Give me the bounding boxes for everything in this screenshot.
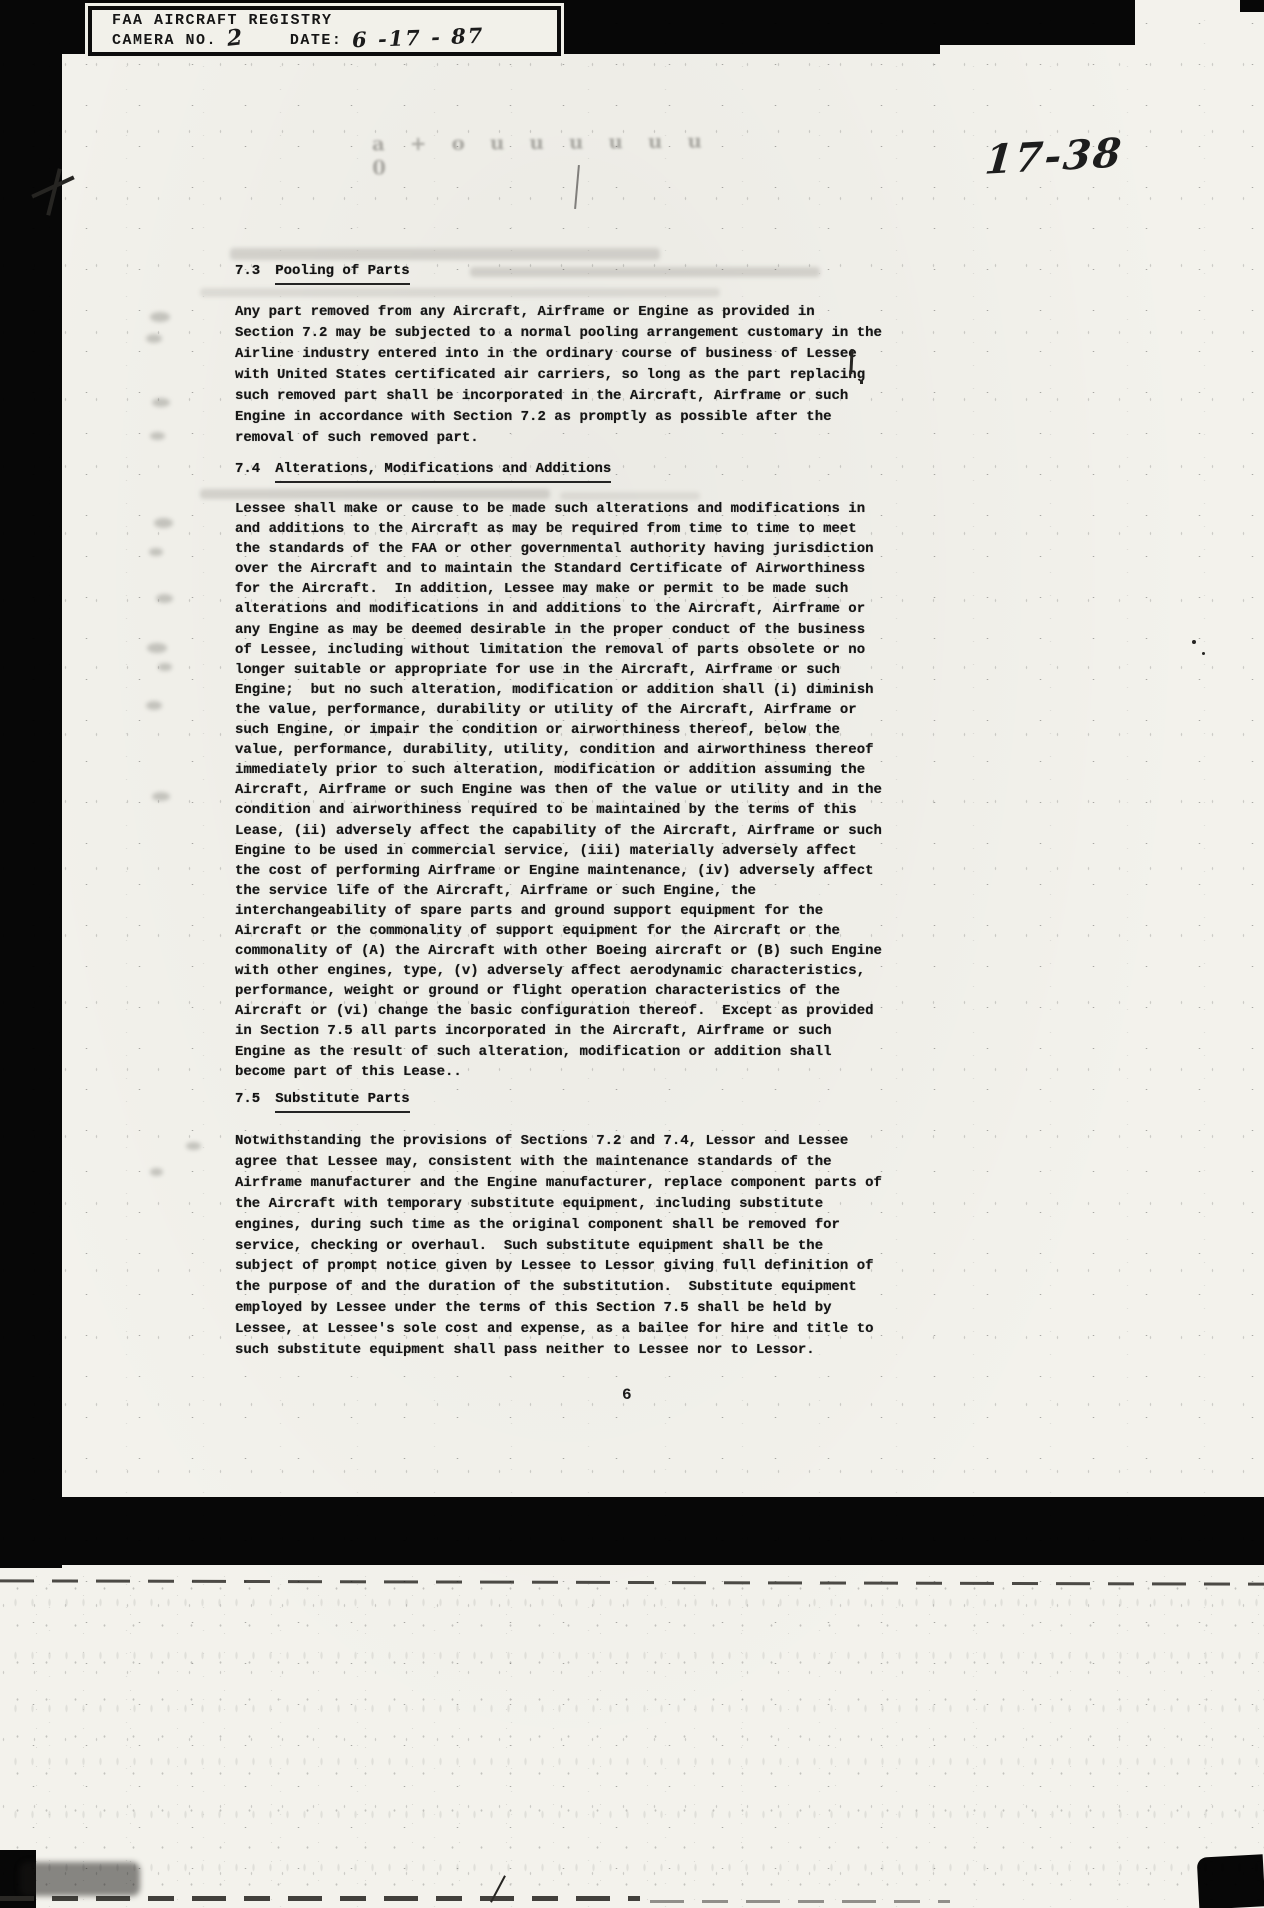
scan-speck <box>156 594 173 603</box>
scan-blob <box>20 1862 140 1896</box>
faa-registry-stamp-box: FAA AIRCRAFT REGISTRY CAMERA NO. 2 DATE:… <box>88 6 561 56</box>
section-title: Pooling of Parts <box>275 262 409 285</box>
scan-speck <box>150 312 170 322</box>
page-number: 6 <box>622 1386 632 1404</box>
scan-smudge <box>230 248 660 260</box>
scan-speck <box>146 334 162 343</box>
section-paragraph: Any part removed from any Aircraft, Airf… <box>235 302 882 449</box>
stamp-date-label: DATE: <box>290 32 343 50</box>
section-paragraph: Lessee shall make or cause to be made su… <box>235 499 882 1082</box>
stamp-date-handwritten: 6 -17 - 87 <box>352 28 485 49</box>
scan-dashed-line-bottom <box>0 1896 640 1901</box>
scan-speck <box>152 792 170 801</box>
scan-speck <box>154 518 173 528</box>
section-number: 7.3 <box>235 262 260 285</box>
scan-corner-top-right <box>1240 0 1264 12</box>
handwritten-page-ref: 17-38 <box>983 129 1125 184</box>
scan-speck <box>186 1142 201 1150</box>
section-title: Substitute Parts <box>275 1090 409 1113</box>
scan-dashed-line <box>0 1579 1264 1585</box>
scan-speck <box>152 398 170 407</box>
scan-border-bottom <box>0 1497 1264 1565</box>
scan-smudge <box>200 288 720 297</box>
stamp-camera-label: CAMERA NO. <box>112 32 217 50</box>
section-paragraph: Notwithstanding the provisions of Sectio… <box>235 1131 882 1361</box>
faa-registry-stamp: FAA AIRCRAFT REGISTRY CAMERA NO. 2 DATE:… <box>85 3 564 59</box>
scan-smudge <box>200 489 550 499</box>
scan-speck <box>1202 652 1205 655</box>
section-title: Alterations, Modifications and Additions <box>275 460 611 483</box>
scan-smudge <box>470 267 820 277</box>
scan-corner-bottom-right <box>1197 1854 1264 1908</box>
scan-speck <box>1192 640 1196 644</box>
scan-speck <box>150 1168 163 1176</box>
scan-speck <box>158 663 172 671</box>
scanned-page: FAA AIRCRAFT REGISTRY CAMERA NO. 2 DATE:… <box>0 0 1264 1908</box>
stamp-title: FAA AIRCRAFT REGISTRY <box>112 12 557 30</box>
scan-speck <box>147 643 167 653</box>
section-7-3: 7.3 Pooling of Parts Any part removed fr… <box>235 262 410 285</box>
scan-border-left <box>0 0 62 1568</box>
scan-border-top-right <box>935 0 1135 45</box>
section-number: 7.4 <box>235 460 260 483</box>
faint-scan-text-artifact: a + o u u u u u u 0 <box>372 129 712 180</box>
scan-noise-region <box>0 1565 1264 1908</box>
stamp-camera-number-handwritten: 2 <box>226 29 244 47</box>
section-7-4: 7.4 Alterations, Modifications and Addit… <box>235 460 611 483</box>
scan-speck <box>149 548 163 556</box>
section-number: 7.5 <box>235 1090 260 1113</box>
scan-dashed-line-bottom-2 <box>650 1900 950 1903</box>
scan-stroke-artifact <box>490 1875 506 1902</box>
section-7-5: 7.5 Substitute Parts Notwithstanding the… <box>235 1090 410 1113</box>
scan-speck <box>146 701 162 710</box>
scan-speck <box>150 432 165 440</box>
scan-corner-bottom-left <box>0 1850 36 1908</box>
